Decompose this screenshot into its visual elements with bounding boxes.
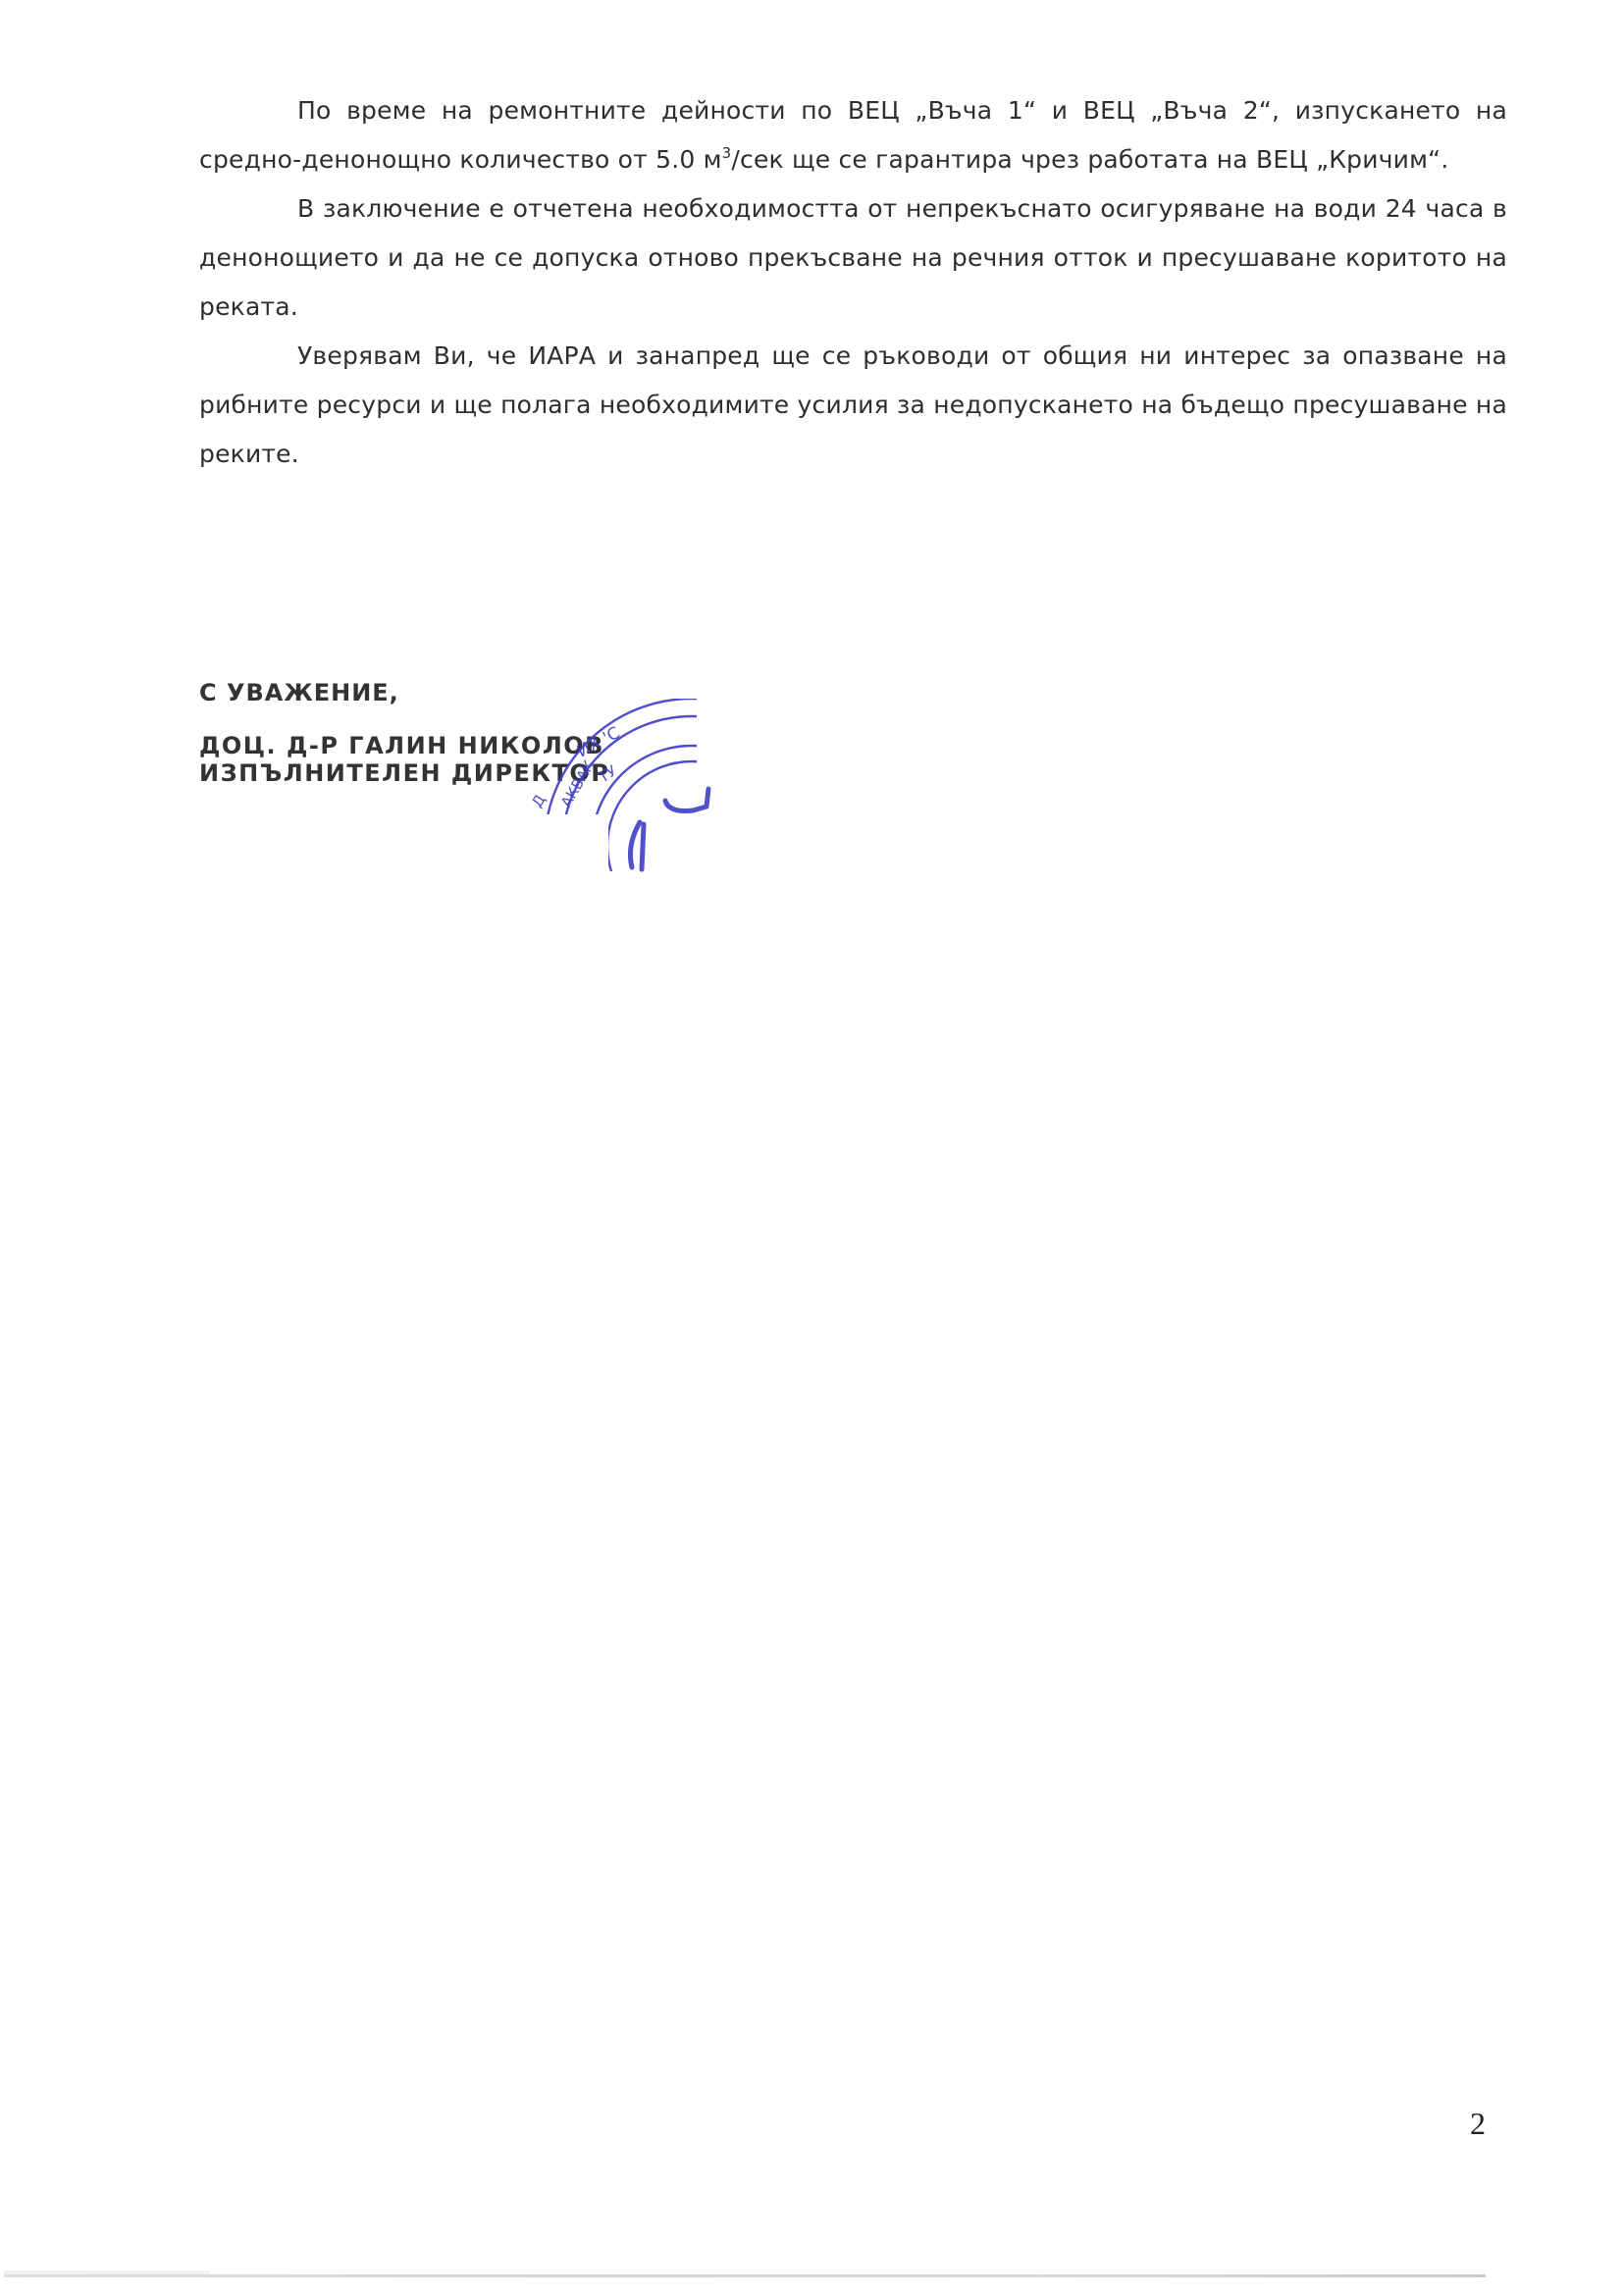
document-page: По време на ремонтните дейности по ВЕЦ „… (0, 0, 1623, 2296)
letter-body: По време на ремонтните дейности по ВЕЦ „… (199, 86, 1507, 479)
signature-block: ДОЦ. Д-Р ГАЛИН НИКОЛОВ ИЗПЪЛНИТЕЛЕН ДИРЕ… (199, 732, 609, 787)
paragraph-repairs-text-b: /сек ще се гарантира чрез работата на ВЕ… (731, 145, 1448, 174)
page-number: 2 (1470, 2106, 1486, 2142)
paragraph-conclusion: В заключение е отчетена необходимостта о… (199, 184, 1507, 332)
scan-edge-line (4, 2274, 1486, 2277)
svg-text:Д: Д (528, 792, 549, 810)
cubic-superscript: 3 (722, 144, 732, 162)
signer-name: ДОЦ. Д-Р ГАЛИН НИКОЛОВ (199, 732, 609, 759)
paragraph-repairs: По време на ремонтните дейности по ВЕЦ „… (199, 86, 1507, 184)
closing-salutation: С УВАЖЕНИЕ, (199, 679, 399, 706)
paragraph-assurance: Уверявам Ви, че ИАРА и занапред ще се ръ… (199, 332, 1507, 479)
signer-title: ИЗПЪЛНИТЕЛЕН ДИРЕКТОР (199, 759, 609, 787)
official-stamp-icon: ИХ 'С ТУ Д АКВАК (520, 699, 716, 875)
